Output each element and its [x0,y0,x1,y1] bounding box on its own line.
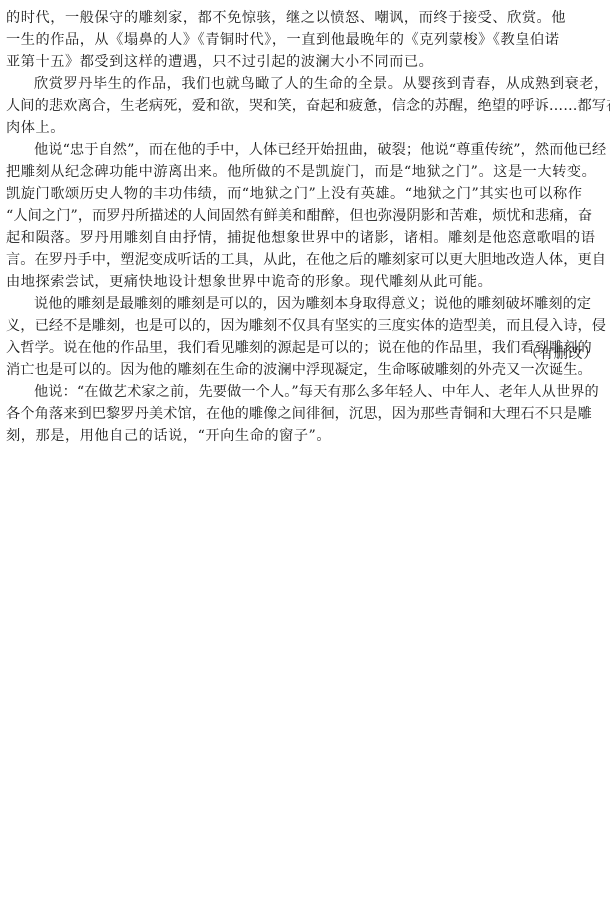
passage-line: 把雕刻从纪念碑功能中游离出来。他所做的不是凯旋门，而是“地狱之门”。这是一大转变… [6,163,604,181]
passage-line: 一生的作品，从《塌鼻的人》《青铜时代》，一直到他最晚年的《克列蒙梭》《教皇伯诺 [6,31,604,49]
passage-line: 各个角落来到巴黎罗丹美术馆，在他的雕像之间徘徊，沉思，因为那些青铜和大理石不只是… [6,405,604,423]
passage-line: 人间的悲欢离合，生老病死，爱和欲，哭和笑，奋起和疲惫，信念的苏醒，绝望的呼诉……… [6,97,604,115]
passage-line: 的时代，一般保守的雕刻家，都不免惊骇，继之以愤怒、嘲讽，而终于接受、欣赏。他 [6,9,604,27]
passage-line: 刻，那是，用他自己的话说，“开向生命的窗子”。 [6,427,604,445]
passage-line: 由地探索尝试，更痛快地设计想象世界中诡奇的形象。现代雕刻从此可能。 [6,273,604,291]
passage-line: 肉体上。 [6,119,604,137]
passage-line: “人间之门”，而罗丹所描述的人间固然有鲜美和酣醉，但也弥漫阴影和苦难，烦忧和悲痛… [6,207,604,225]
passage-line: 亚第十五》都受到这样的遭遇，只不过引起的波澜大小不同而已。 [6,53,604,71]
passage-line: 义，已经不是雕刻，也是可以的，因为雕刻不仅具有坚实的三度实体的造型美，而且侵入诗… [6,317,604,335]
passage-line: 入哲学。说在他的作品里，我们看见雕刻的源起是可以的；说在他的作品里，我们看到雕刻… [6,339,604,357]
passage-line: 言。在罗丹手中，塑泥变成听话的工具，从此，在他之后的雕刻家可以更大胆地改造人体，… [6,251,604,269]
passage-line: 他说“忠于自然”，而在他的手中，人体已经开始扭曲，破裂；他说“尊重传统”，然而他… [34,141,604,159]
passage-line: 他说：“在做艺术家之前，先要做一个人。”每天有那么多年轻人、中年人、老年人从世界… [34,383,604,401]
passage-line: 起和陨落。罗丹用雕刻自由抒情，捕捉他想象世界中的诸影，诸相。雕刻是他恣意歌唱的语 [6,229,604,247]
document-page: 的时代，一般保守的雕刻家，都不免惊骇，继之以愤怒、嘲讽，而终于接受、欣赏。他 一… [0,0,610,922]
passage-line: 说他的雕刻是最雕刻的雕刻是可以的，因为雕刻本身取得意义；说他的雕刻破坏雕刻的定 [34,295,604,313]
passage-line: 消亡也是可以的。因为他的雕刻在生命的波澜中浮现凝定，生命啄破雕刻的外壳又一次诞生… [6,361,604,379]
passage-line: 凯旋门歌颂历史人物的丰功伟绩，而“地狱之门”上没有英雄。“地狱之门”其实也可以称… [6,185,604,203]
passage-line: 欣赏罗丹毕生的作品，我们也就鸟瞰了人的生命的全景。从婴孩到青春，从成熟到衰老， [34,75,604,93]
source-note: （有删改） [524,345,598,363]
